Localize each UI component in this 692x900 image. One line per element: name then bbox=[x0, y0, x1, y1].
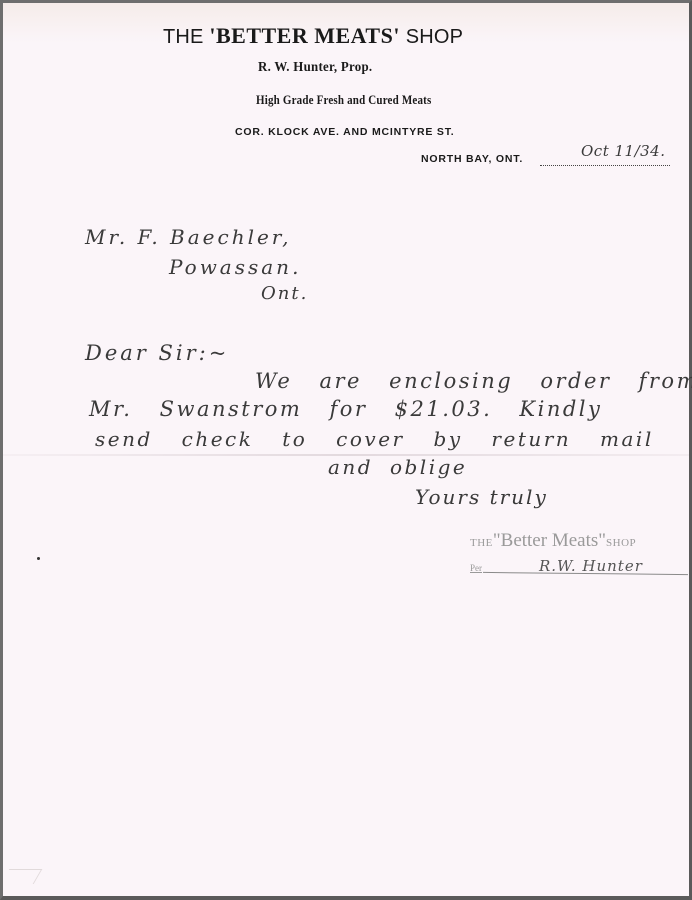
date-underline bbox=[540, 165, 670, 166]
body-line-1: We are enclosing order from bbox=[255, 369, 692, 393]
letter-paper: THE 'BETTER MEATS' SHOP R. W. Hunter, Pr… bbox=[3, 3, 689, 896]
stamp-name: "Better Meats" bbox=[493, 530, 606, 551]
corner-crease bbox=[1, 869, 43, 884]
salutation: Dear Sir:~ bbox=[85, 341, 229, 365]
body-line-4: and oblige bbox=[328, 455, 467, 479]
letterhead-title: THE 'BETTER MEATS' SHOP bbox=[163, 23, 463, 49]
shop-stamp: THE"Better Meats"SHOP bbox=[470, 530, 636, 552]
body-line-3: send check to cover by return mail bbox=[95, 427, 654, 451]
signature: R.W. Hunter bbox=[539, 557, 643, 575]
city-line: NORTH BAY, ONT. bbox=[421, 153, 523, 165]
recipient-name: Mr. F. Baechler, bbox=[85, 225, 292, 249]
proprietor-line: R. W. Hunter, Prop. bbox=[258, 60, 372, 76]
stamp-per-label: Per bbox=[470, 563, 482, 573]
stamp-suffix: SHOP bbox=[606, 537, 636, 549]
stamp-prefix: THE bbox=[470, 537, 493, 549]
ink-speck bbox=[37, 557, 40, 560]
recipient-town: Powassan. bbox=[169, 255, 301, 279]
recipient-province: Ont. bbox=[261, 283, 308, 304]
body-line-2: Mr. Swanstrom for $21.03. Kindly bbox=[89, 397, 602, 421]
title-suffix: SHOP bbox=[400, 26, 463, 48]
document-frame: THE 'BETTER MEATS' SHOP R. W. Hunter, Pr… bbox=[0, 0, 692, 900]
street-address: COR. KLOCK AVE. AND MCINTYRE ST. bbox=[235, 126, 454, 138]
closing: Yours truly bbox=[415, 485, 548, 509]
title-prefix: THE bbox=[163, 26, 209, 48]
letter-date: Oct 11/34. bbox=[581, 142, 666, 160]
tagline: High Grade Fresh and Cured Meats bbox=[256, 93, 431, 108]
shop-name: 'BETTER MEATS' bbox=[209, 23, 400, 48]
